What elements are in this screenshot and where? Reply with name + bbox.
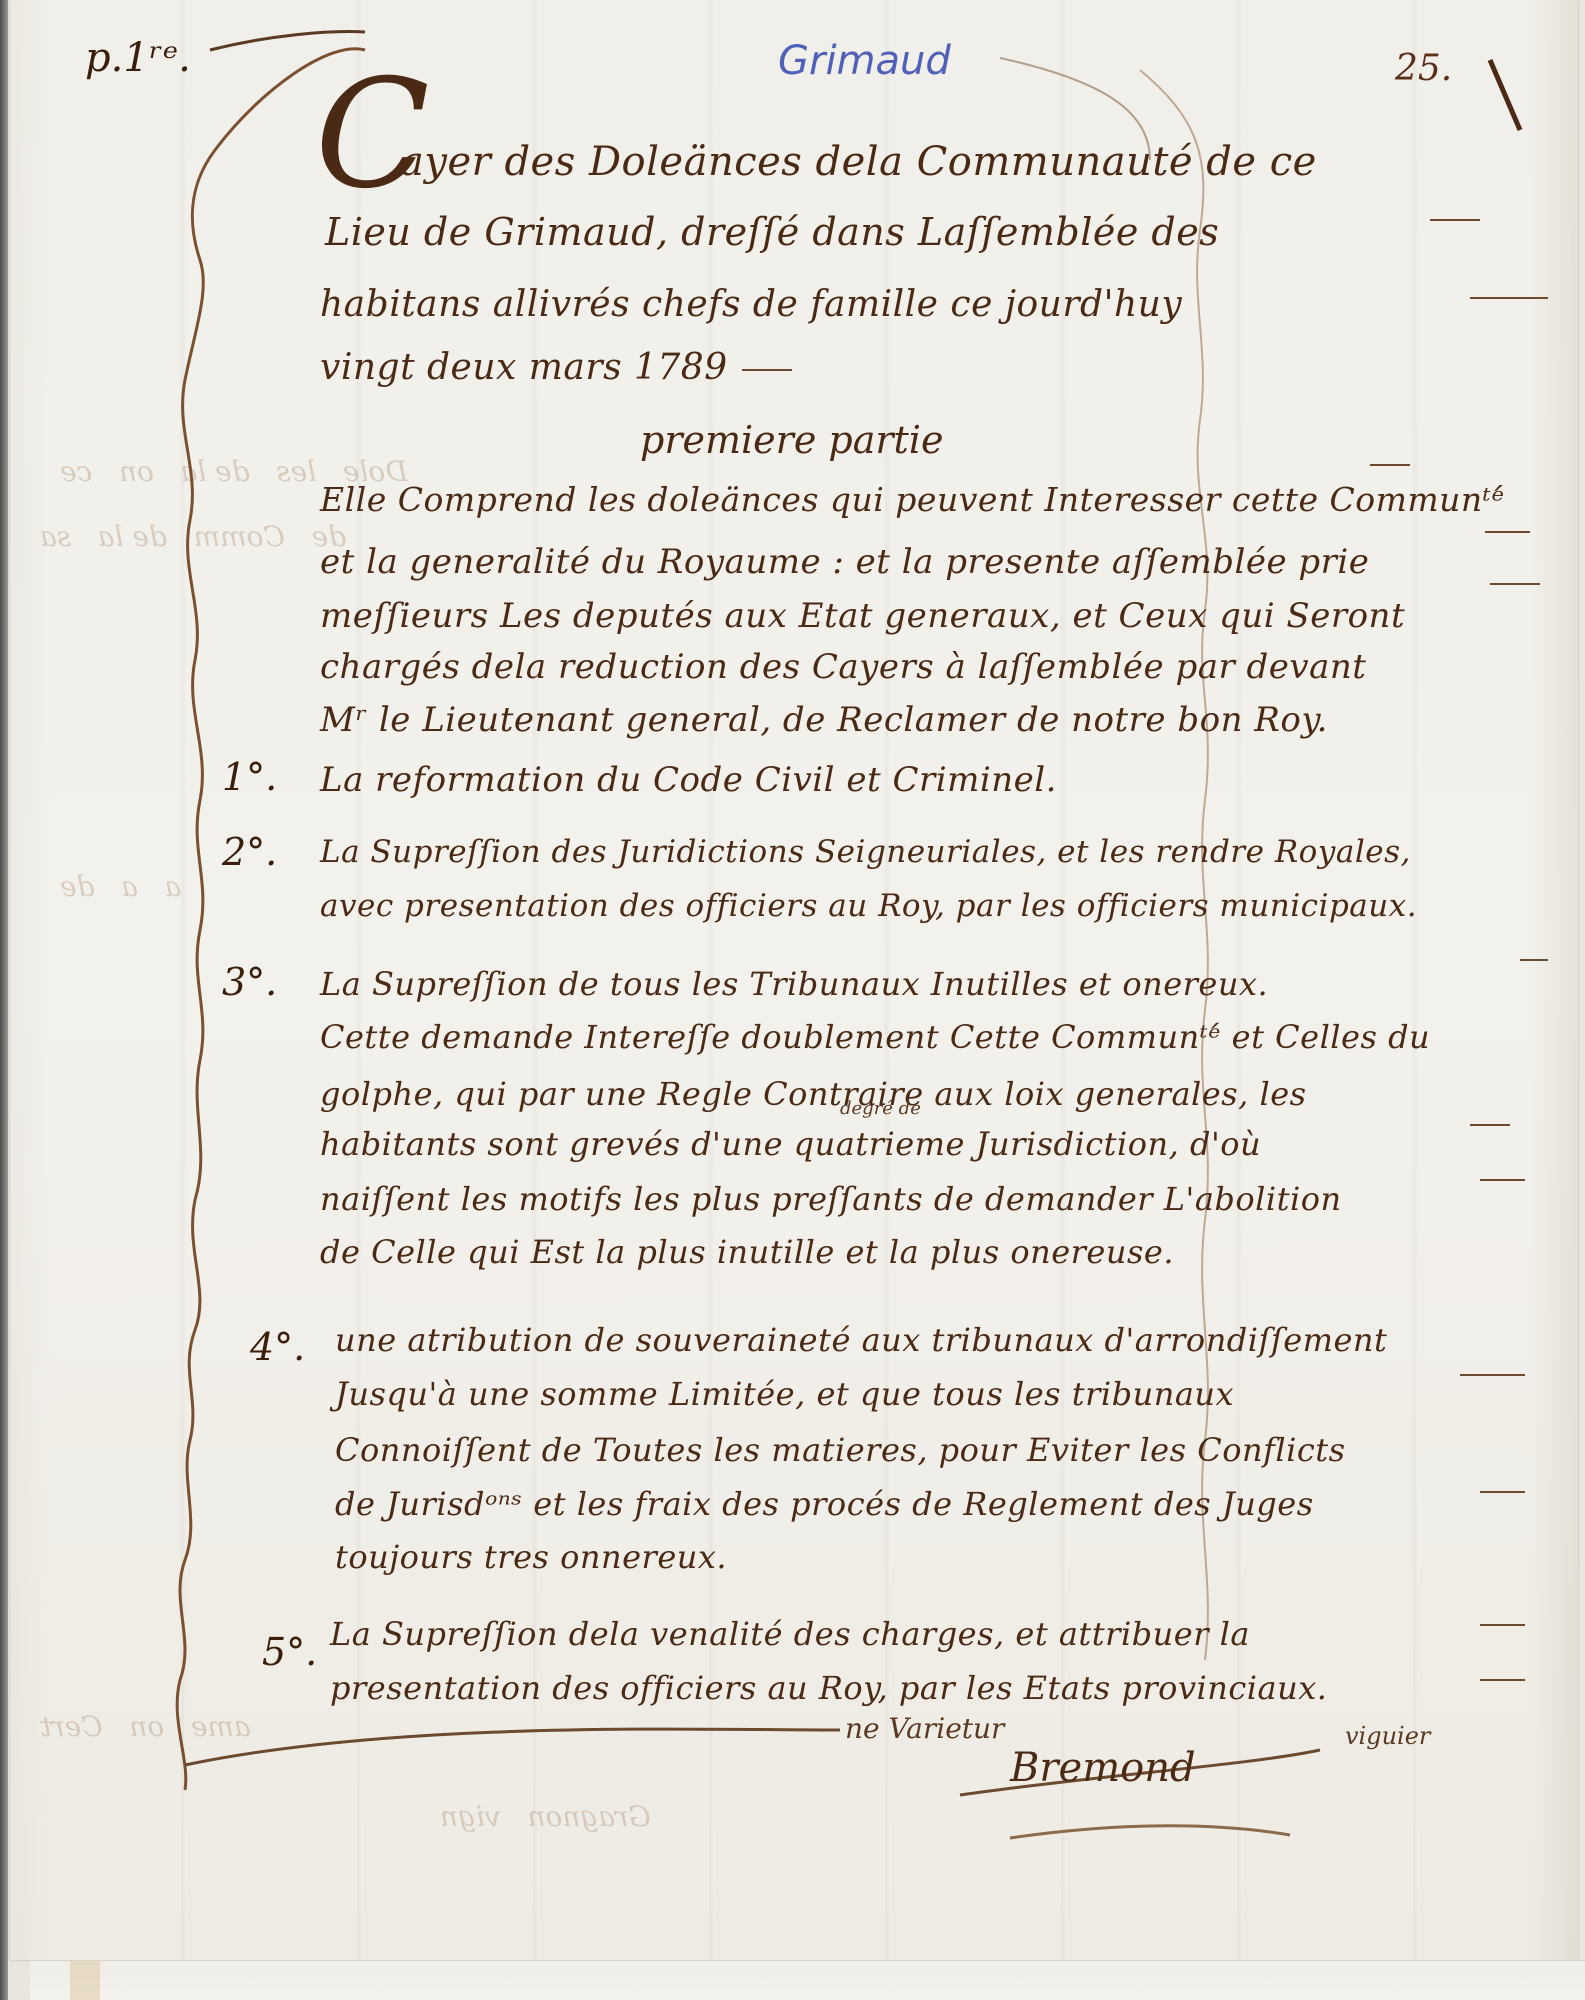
article-4-line-5: toujours tres onnereux. (335, 1535, 727, 1579)
article-number-3: 3°. (222, 960, 277, 1004)
article-number-4: 4°. (250, 1325, 305, 1369)
intro-line-5: Mʳ le Lieutenant general, de Reclamer de… (320, 698, 1328, 742)
bleed-through-text: a a de (60, 870, 181, 903)
article-4-line-1: une atribution de souveraineté aux tribu… (335, 1318, 1387, 1362)
corner-number: 25. (1395, 48, 1452, 89)
article-3-line-5: naiſſent les motifs les plus preſſants d… (320, 1177, 1342, 1221)
title-line-3: habitans allivrés chefs de famille ce jo… (320, 283, 1182, 327)
ne-varietur-note: ne Varietur (845, 1712, 1004, 1745)
article-4-line-3: Connoiſſent de Toutes les matieres, pour… (335, 1428, 1346, 1472)
article-2-line-1: La Supreſſion des Juridictions Seigneuri… (320, 830, 1411, 874)
article-5-line-2: presentation des officiers au Roy, par l… (330, 1666, 1327, 1710)
article-2-line-2: avec presentation des officiers au Roy, … (320, 884, 1417, 928)
intro-line-1: Elle Comprend les doleänces qui peuvent … (320, 478, 1505, 522)
section-heading: premiere partie (640, 418, 943, 462)
article-3-line-2: Cette demande Intereſſe doublement Cette… (320, 1015, 1430, 1059)
archive-stamp: Grimaud (778, 38, 951, 84)
signature-bremond: Bremond (1010, 1745, 1196, 1791)
intro-line-4: chargés dela reduction des Cayers à laſſ… (320, 645, 1366, 689)
article-3-line-6: de Celle qui Est la plus inutille et la … (320, 1230, 1174, 1274)
signer-role: viguier (1345, 1722, 1430, 1750)
interlinear-note: degré de (840, 1098, 921, 1119)
title-line-2: Lieu de Grimaud, dreſſé dans Laſſemblée … (325, 210, 1219, 254)
bleed-through-text: Gragnon vign (440, 1800, 651, 1833)
intro-line-2: et la generalité du Royaume : et la pres… (320, 540, 1369, 584)
bleed-through-text: de Comm de la sa (40, 520, 346, 553)
intro-line-3: meſſieurs Les deputés aux Etat generaux,… (320, 594, 1405, 638)
title-line-1: ayer des Doleänces dela Communauté de ce (400, 140, 1317, 184)
article-number-1: 1°. (222, 755, 277, 799)
article-3-line-4: habitants sont grevés d'une quatrieme Ju… (320, 1122, 1261, 1166)
article-4-line-4: de Jurisdᵒⁿˢ et les fraix des procés de … (335, 1482, 1314, 1526)
article-3-line-1: La Supreſſion de tous les Tribunaux Inut… (320, 962, 1268, 1006)
article-3-line-3: golphe, qui par une Regle Contraire aux … (320, 1072, 1307, 1116)
article-1-line-1: La reformation du Code Civil et Criminel… (320, 758, 1057, 802)
article-4-line-2: Jusqu'à une somme Limitée, et que tous l… (335, 1372, 1234, 1416)
article-number-5: 5°. (262, 1630, 317, 1674)
article-5-line-1: La Supreſſion dela venalité des charges,… (330, 1612, 1250, 1656)
bleed-through-text: ame on Cert (40, 1710, 251, 1743)
title-initial-letter: C (315, 60, 430, 210)
underlying-page (30, 1960, 1585, 2000)
article-number-2: 2°. (222, 830, 277, 874)
scan-edge (0, 0, 8, 2000)
title-line-4: vingt deux mars 1789 (320, 346, 792, 390)
folio-mark: p.1ʳᵉ. (85, 35, 191, 81)
